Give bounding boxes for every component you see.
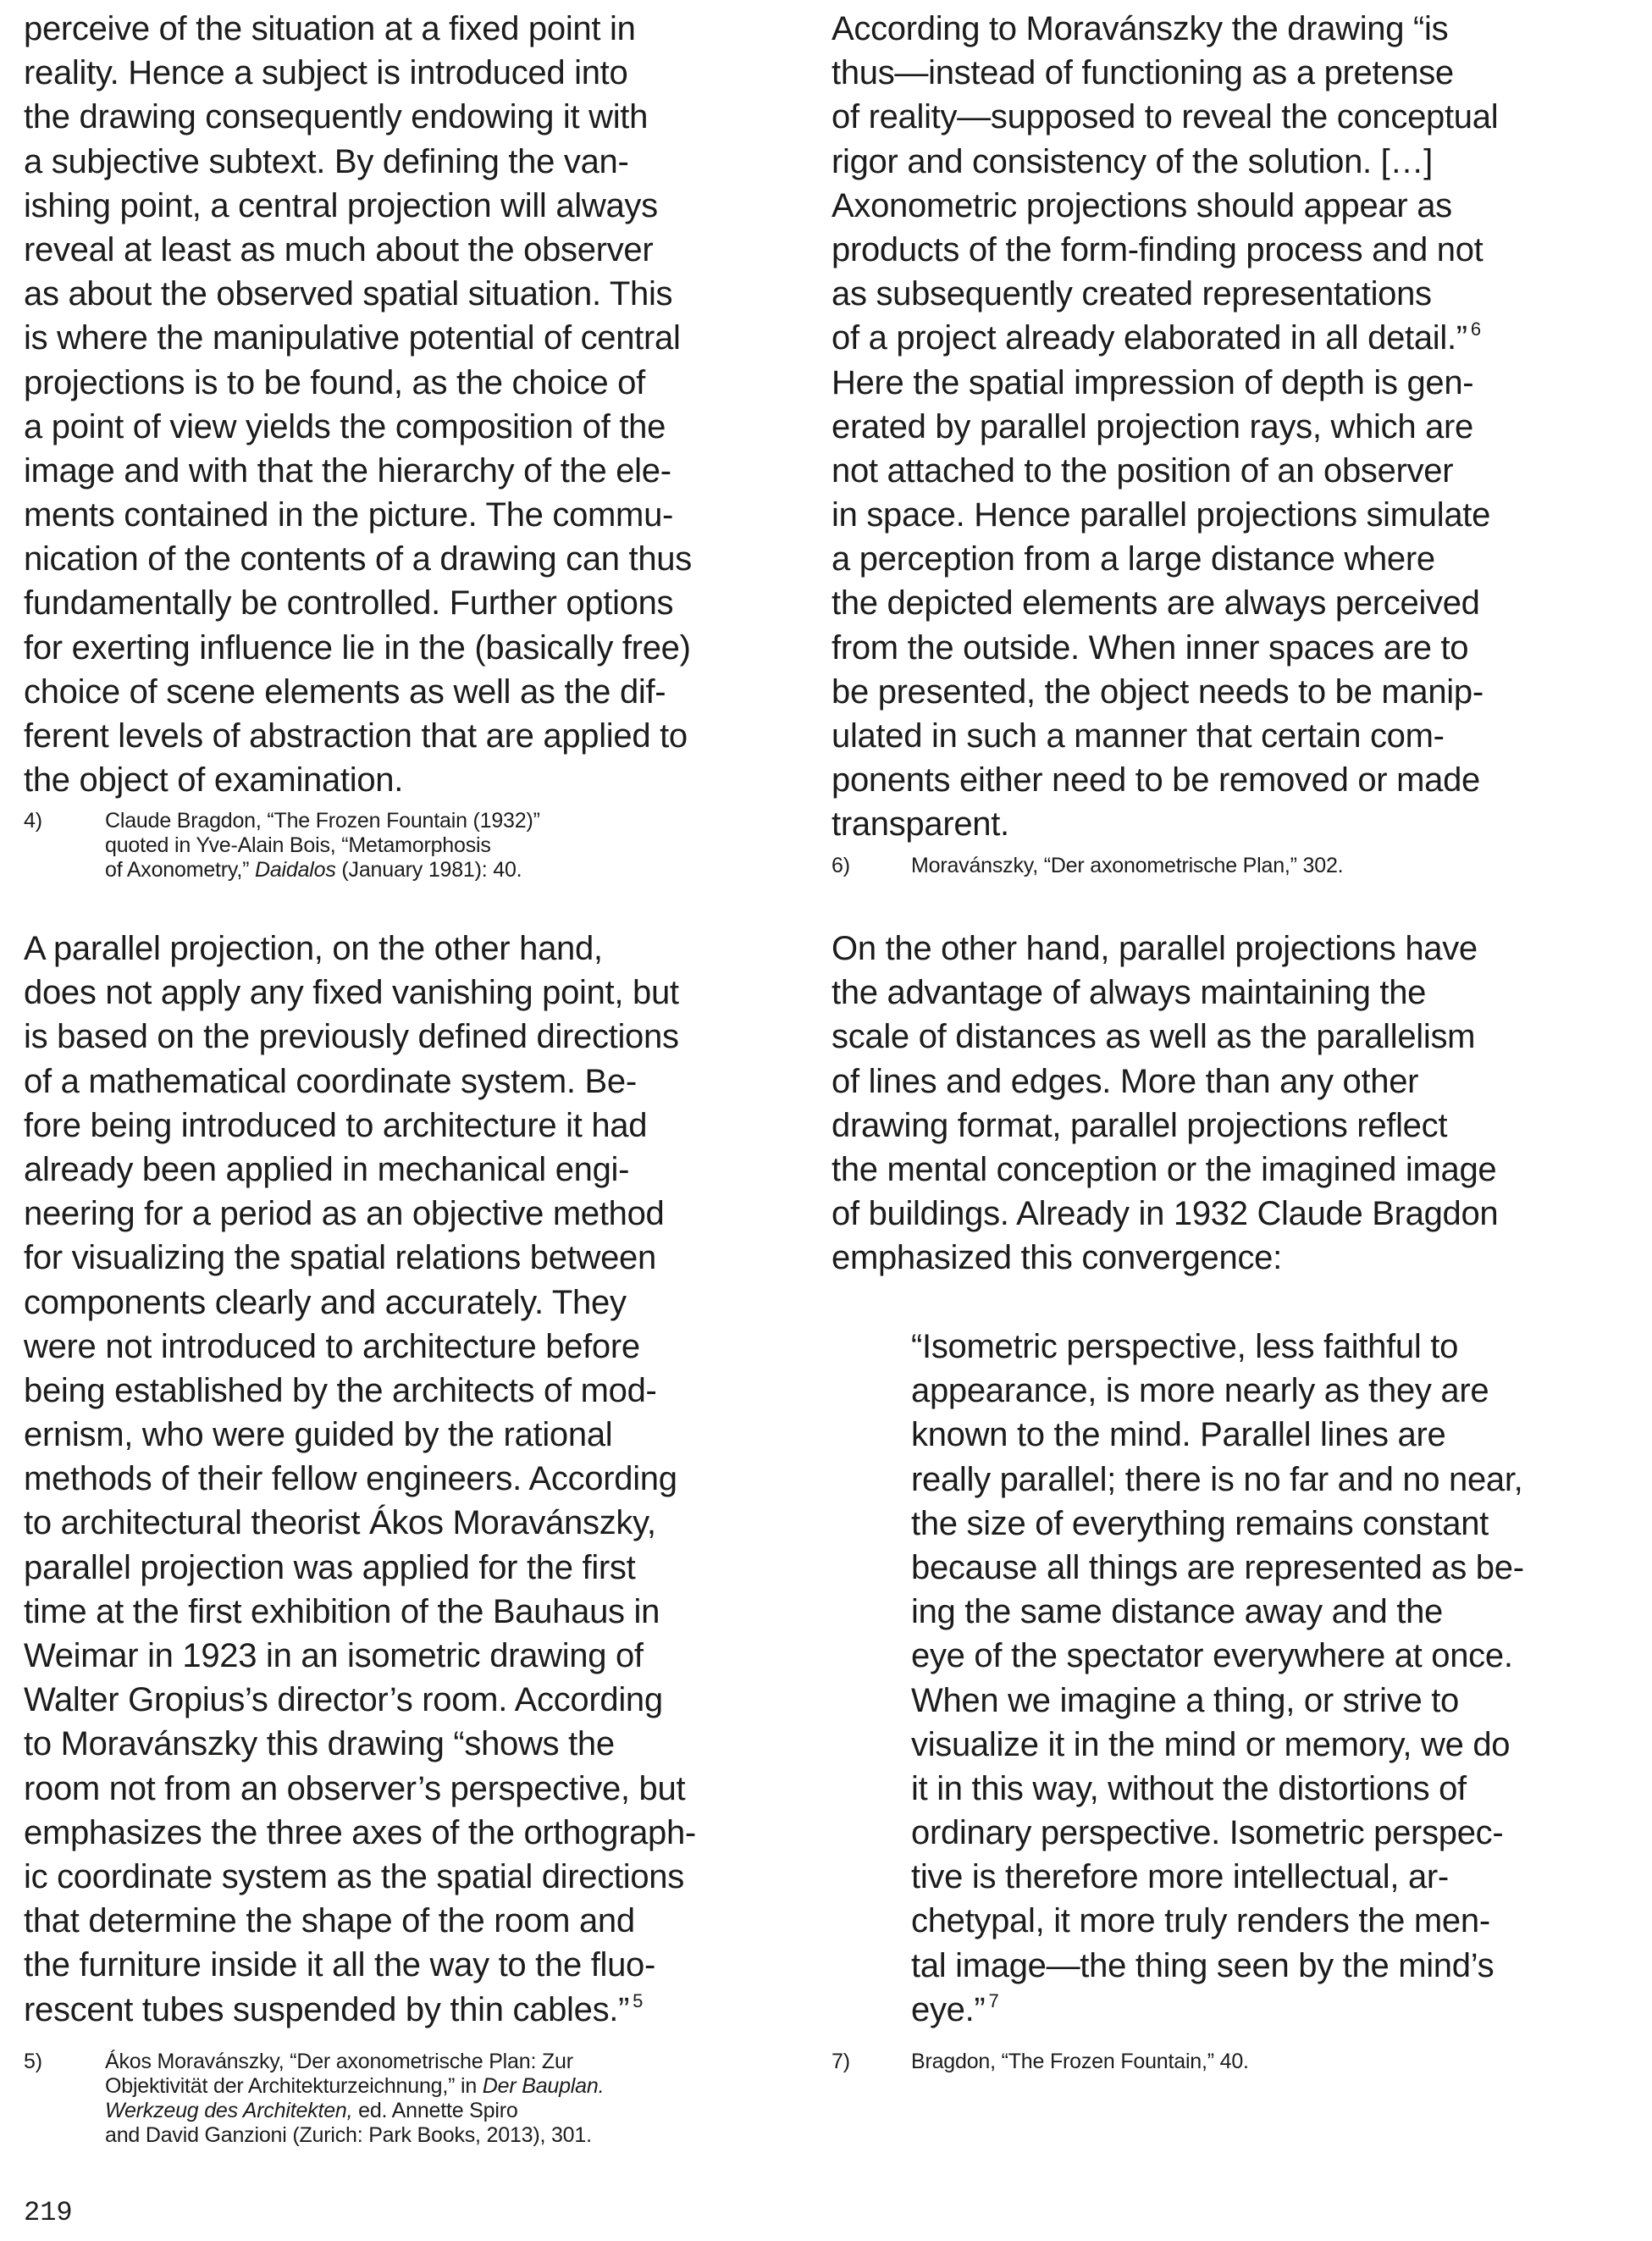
footnote-ref-6[interactable]: 6 [1471,318,1481,340]
quote-line: appearance, is more nearly as they are [832,1369,1619,1413]
text-line: neering for a period as an objective met… [24,1192,803,1236]
text-line: components clearly and accurately. They [24,1281,803,1325]
text-line: time at the first exhibition of the Bauh… [24,1590,803,1634]
footnote-number: 5) [24,2050,105,2148]
text-line: a subjective subtext. By defining the va… [24,140,803,184]
block-quote-bragdon: “Isometric perspective, less faithful to… [832,1325,1619,2032]
text-line: to architectural theorist Ákos Moravánsz… [24,1501,803,1545]
text-line: ments contained in the picture. The comm… [24,493,803,537]
text-line: On the other hand, parallel projections … [832,927,1619,971]
text-line: fundamentally be controlled. Further opt… [24,581,803,625]
quote-line: eye of the spectator everywhere at once. [832,1634,1619,1678]
text-line: room not from an observer’s perspective,… [24,1767,803,1811]
text-line: nication of the contents of a drawing ca… [24,537,803,581]
body-paragraph-advantages: On the other hand, parallel projections … [832,927,1619,1281]
text-line: of lines and edges. More than any other [832,1060,1619,1104]
footnote-ref-7[interactable]: 7 [988,1990,998,2011]
quote-line: ing the same distance away and the [832,1590,1619,1634]
text-line: ic coordinate system as the spatial dire… [24,1855,803,1899]
text-line: were not introduced to architecture befo… [24,1325,803,1369]
footnote-text: Ákos Moravánszky, “Der axonometrische Pl… [105,2050,604,2148]
text-line: scale of distances as well as the parall… [832,1015,1619,1059]
text-line: a point of view yields the composition o… [24,405,803,449]
footnote-4: 4) Claude Bragdon, “The Frozen Fountain … [24,809,803,883]
document-page: perceive of the situation at a fixed poi… [0,0,1652,2241]
page-number: 219 [24,2197,73,2228]
footnote-6: 6) Moravánszky, “Der axonometrische Plan… [832,854,1619,878]
text-line: emphasized this convergence: [832,1236,1619,1280]
text-line: in space. Hence parallel projections sim… [832,493,1619,537]
body-paragraph-moravanszky-quote: According to Moravánszky the drawing “is… [832,7,1619,847]
text-line: for visualizing the spatial relations be… [24,1236,803,1280]
text-line: be presented, the object needs to be man… [832,670,1619,714]
text-line: ulated in such a manner that certain com… [832,714,1619,758]
text-line: of a mathematical coordinate system. Be- [24,1060,803,1104]
text-line: perceive of the situation at a fixed poi… [24,7,803,51]
text-line: Here the spatial impression of depth is … [832,361,1619,405]
text-line: ernism, who were guided by the rational [24,1413,803,1457]
footnote-number: 7) [832,2050,911,2074]
text-line: for exerting influence lie in the (basic… [24,626,803,670]
quote-line: it in this way, without the distortions … [832,1767,1619,1811]
text-line: drawing format, parallel projections ref… [832,1104,1619,1148]
text-line: the advantage of always maintaining the [832,971,1619,1015]
footnote-text: Moravánszky, “Der axonometrische Plan,” … [911,854,1343,878]
quote-line: ordinary perspective. Isometric perspec- [832,1811,1619,1855]
quote-line: tive is therefore more intellectual, ar- [832,1855,1619,1899]
text-line: ponents either need to be removed or mad… [832,758,1619,802]
text-line: erated by parallel projection rays, whic… [832,405,1619,449]
quote-line: known to the mind. Parallel lines are [832,1413,1619,1457]
quote-line: When we imagine a thing, or strive to [832,1679,1619,1723]
text-line: emphasizes the three axes of the orthogr… [24,1811,803,1855]
footnote-text: Claude Bragdon, “The Frozen Fountain (19… [105,809,540,883]
footnote-ref-5[interactable]: 5 [633,1990,643,2011]
text-line: ferent levels of abstraction that are ap… [24,714,803,758]
body-paragraph-central-projection: perceive of the situation at a fixed poi… [24,7,803,802]
text-line: Weimar in 1923 in an isometric drawing o… [24,1634,803,1678]
text-line: being established by the architects of m… [24,1369,803,1413]
quote-line: because all things are represented as be… [832,1546,1619,1590]
text-line: as about the observed spatial situation.… [24,272,803,316]
text-line: not attached to the position of an obser… [832,449,1619,493]
text-line: fore being introduced to architecture it… [24,1104,803,1148]
text-line: methods of their fellow engineers. Accor… [24,1457,803,1501]
text-line: the mental conception or the imagined im… [832,1148,1619,1192]
footnote-number: 4) [24,809,105,883]
footnote-5: 5) Ákos Moravánszky, “Der axonometrische… [24,2050,803,2148]
text-line: ishing point, a central projection will … [24,184,803,228]
text-line: is based on the previously defined direc… [24,1015,803,1059]
text-line: of reality—supposed to reveal the concep… [832,95,1619,139]
quote-line: “Isometric perspective, less faithful to [832,1325,1619,1369]
text-line: reveal at least as much about the observ… [24,228,803,272]
quote-line: tal image—the thing seen by the mind’s [832,1944,1619,1988]
text-line: projections is to be found, as the choic… [24,361,803,405]
text-line: a perception from a large distance where [832,537,1619,581]
journal-title: Daidalos [255,858,336,882]
text-line: that determine the shape of the room and [24,1899,803,1943]
text-line: image and with that the hierarchy of the… [24,449,803,493]
footnote-text: Bragdon, “The Frozen Fountain,” 40. [911,2050,1249,2074]
text-line: transparent. [832,802,1619,846]
footnote-7: 7) Bragdon, “The Frozen Fountain,” 40. [832,2050,1619,2074]
text-line: Axonometric projections should appear as [832,184,1619,228]
text-line: According to Moravánszky the drawing “is [832,7,1619,51]
text-line: the depicted elements are always perceiv… [832,581,1619,625]
text-line: thus—instead of functioning as a pretens… [832,51,1619,95]
quote-line: visualize it in the mind or memory, we d… [832,1723,1619,1767]
text-line: rigor and consistency of the solution. [… [832,140,1619,184]
text-line: is where the manipulative potential of c… [24,316,803,360]
text-line: does not apply any fixed vanishing point… [24,971,803,1015]
text-line: A parallel projection, on the other hand… [24,927,803,971]
text-line: as subsequently created representations [832,272,1619,316]
text-line: parallel projection was applied for the … [24,1546,803,1590]
text-line: from the outside. When inner spaces are … [832,626,1619,670]
text-line: Walter Gropius’s director’s room. Accord… [24,1678,803,1722]
footnote-number: 6) [832,854,911,878]
quote-line: the size of everything remains constant [832,1502,1619,1546]
quote-line: chetypal, it more truly renders the men- [832,1899,1619,1943]
text-line: choice of scene elements as well as the … [24,670,803,714]
text-line: the object of examination. [24,758,803,802]
text-line: the drawing consequently endowing it wit… [24,95,803,139]
text-line: the furniture inside it all the way to t… [24,1943,803,1987]
quote-line: really parallel; there is no far and no … [832,1458,1619,1502]
book-title: Der Bauplan. [483,2074,605,2098]
body-paragraph-parallel-projection: A parallel projection, on the other hand… [24,927,803,2032]
text-line: products of the form-finding process and… [832,228,1619,272]
book-title-cont: Werkzeug des Architekten, [105,2099,352,2122]
text-line: to Moravánszky this drawing “shows the [24,1722,803,1766]
text-line: reality. Hence a subject is introduced i… [24,51,803,95]
text-line: of buildings. Already in 1932 Claude Bra… [832,1192,1619,1236]
text-line: already been applied in mechanical engi- [24,1148,803,1192]
